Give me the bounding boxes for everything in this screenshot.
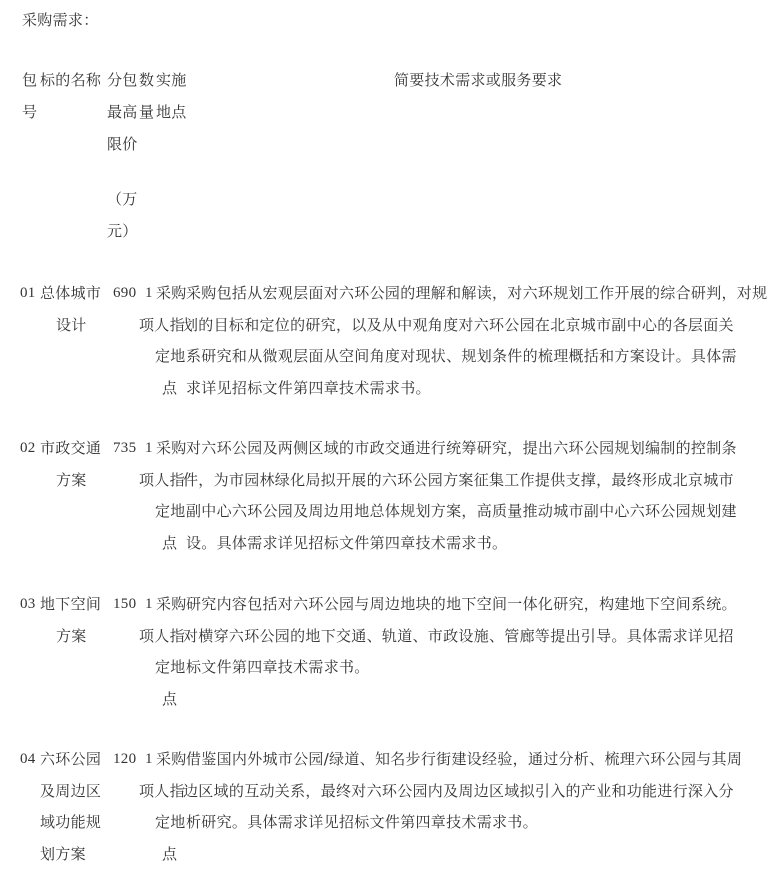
header-cell: （万 <box>107 189 138 209</box>
header-cell: 数 <box>139 70 154 90</box>
item-name: 域功能规 <box>40 812 101 832</box>
location: 点 <box>162 533 177 553</box>
location: 采购 <box>156 438 187 458</box>
quantity: 1 <box>145 283 153 303</box>
location: 项人指 <box>139 781 185 801</box>
package-number: 03 <box>20 594 36 614</box>
max-price: 735 <box>113 438 136 458</box>
header-cell: 号 <box>22 102 37 122</box>
max-price: 150 <box>113 594 136 614</box>
description-line: 借鉴国内外城市公园/绿道、知名步行街建设经验，通过分析、梳理六环公园与其周 <box>186 749 742 769</box>
description-line: 设。具体需求详见招标文件第四章技术需求书。 <box>186 533 507 553</box>
header-cell: 最高 <box>107 102 138 122</box>
header-cell: 简要技术需求或服务要求 <box>394 70 562 90</box>
description-line: 对六环公园及两侧区域的市政交通进行统筹研究，提出六环公园规划编制的控制条 <box>186 438 737 458</box>
location: 采购 <box>156 283 187 303</box>
item-name: 方案 <box>56 626 87 646</box>
item-name: 市政交通 <box>40 438 101 458</box>
header-cell: 量 <box>139 102 154 122</box>
item-name: 方案 <box>56 470 87 490</box>
description-line: 标文件第四章技术需求书。 <box>186 657 370 677</box>
description-line: 对横穿六环公园的地下交通、轨道、市政设施、管廊等提出引导。具体需求详见招 <box>183 626 734 646</box>
header-cell: 标的名称 <box>40 70 101 90</box>
item-name: 设计 <box>56 315 87 335</box>
header-cell: 限价 <box>107 134 138 154</box>
header-cell: 地点 <box>156 102 187 122</box>
header-cell: 元） <box>107 221 138 241</box>
location: 定地 <box>155 657 186 677</box>
location: 定地 <box>155 346 186 366</box>
item-name: 地下空间 <box>40 594 101 614</box>
item-name: 总体城市 <box>40 283 101 303</box>
quantity: 1 <box>145 749 153 769</box>
description-line: 析研究。具体需求详见招标文件第四章技术需求书。 <box>186 812 538 832</box>
location: 定地 <box>155 812 186 832</box>
description-line: 件，为市园林绿化局拟开展的六环公园方案征集工作提供支撑，最终形成北京城市 <box>183 470 734 490</box>
description-line: 边区域的互动关系，最终对六环公园内及周边区域拟引入的产业和功能进行深入分 <box>183 781 734 801</box>
header-cell: 包 <box>22 70 37 90</box>
location: 采购 <box>156 749 187 769</box>
location: 点 <box>162 689 177 709</box>
description-line: 求详见招标文件第四章技术需求书。 <box>186 378 431 398</box>
section-title: 采购需求： <box>22 10 99 30</box>
location: 采购 <box>156 594 187 614</box>
max-price: 120 <box>113 749 136 769</box>
package-number: 02 <box>20 438 36 458</box>
item-name: 及周边区 <box>40 781 101 801</box>
item-name: 划方案 <box>40 844 86 864</box>
description-line: 系研究和从微观层面从空间角度对现状、规划条件的梳理概括和方案设计。具体需 <box>186 346 737 366</box>
description-line: 副中心六环公园及周边用地总体规划方案，高质量推动城市副中心六环公园规划建 <box>186 501 737 521</box>
location: 定地 <box>155 501 186 521</box>
location: 点 <box>162 844 177 864</box>
item-name: 六环公园 <box>40 749 101 769</box>
location: 点 <box>162 378 177 398</box>
quantity: 1 <box>145 594 153 614</box>
package-number: 01 <box>20 283 36 303</box>
description-line: 采购包括从宏观层面对六环公园的理解和解读，对六环规划工作开展的综合研判，对规 <box>186 283 767 303</box>
location: 项人指 <box>139 626 185 646</box>
max-price: 690 <box>113 283 136 303</box>
header-cell: 分包 <box>107 70 138 90</box>
quantity: 1 <box>145 438 153 458</box>
description-line: 划的目标和定位的研究，以及从中观角度对六环公园在北京城市副中心的各层面关 <box>183 315 734 335</box>
location: 项人指 <box>139 470 185 490</box>
header-cell: 实施 <box>156 70 187 90</box>
description-line: 研究内容包括对六环公园与周边地块的地下空间一体化研究，构建地下空间系统。 <box>186 594 737 614</box>
location: 项人指 <box>139 315 185 335</box>
package-number: 04 <box>20 749 36 769</box>
